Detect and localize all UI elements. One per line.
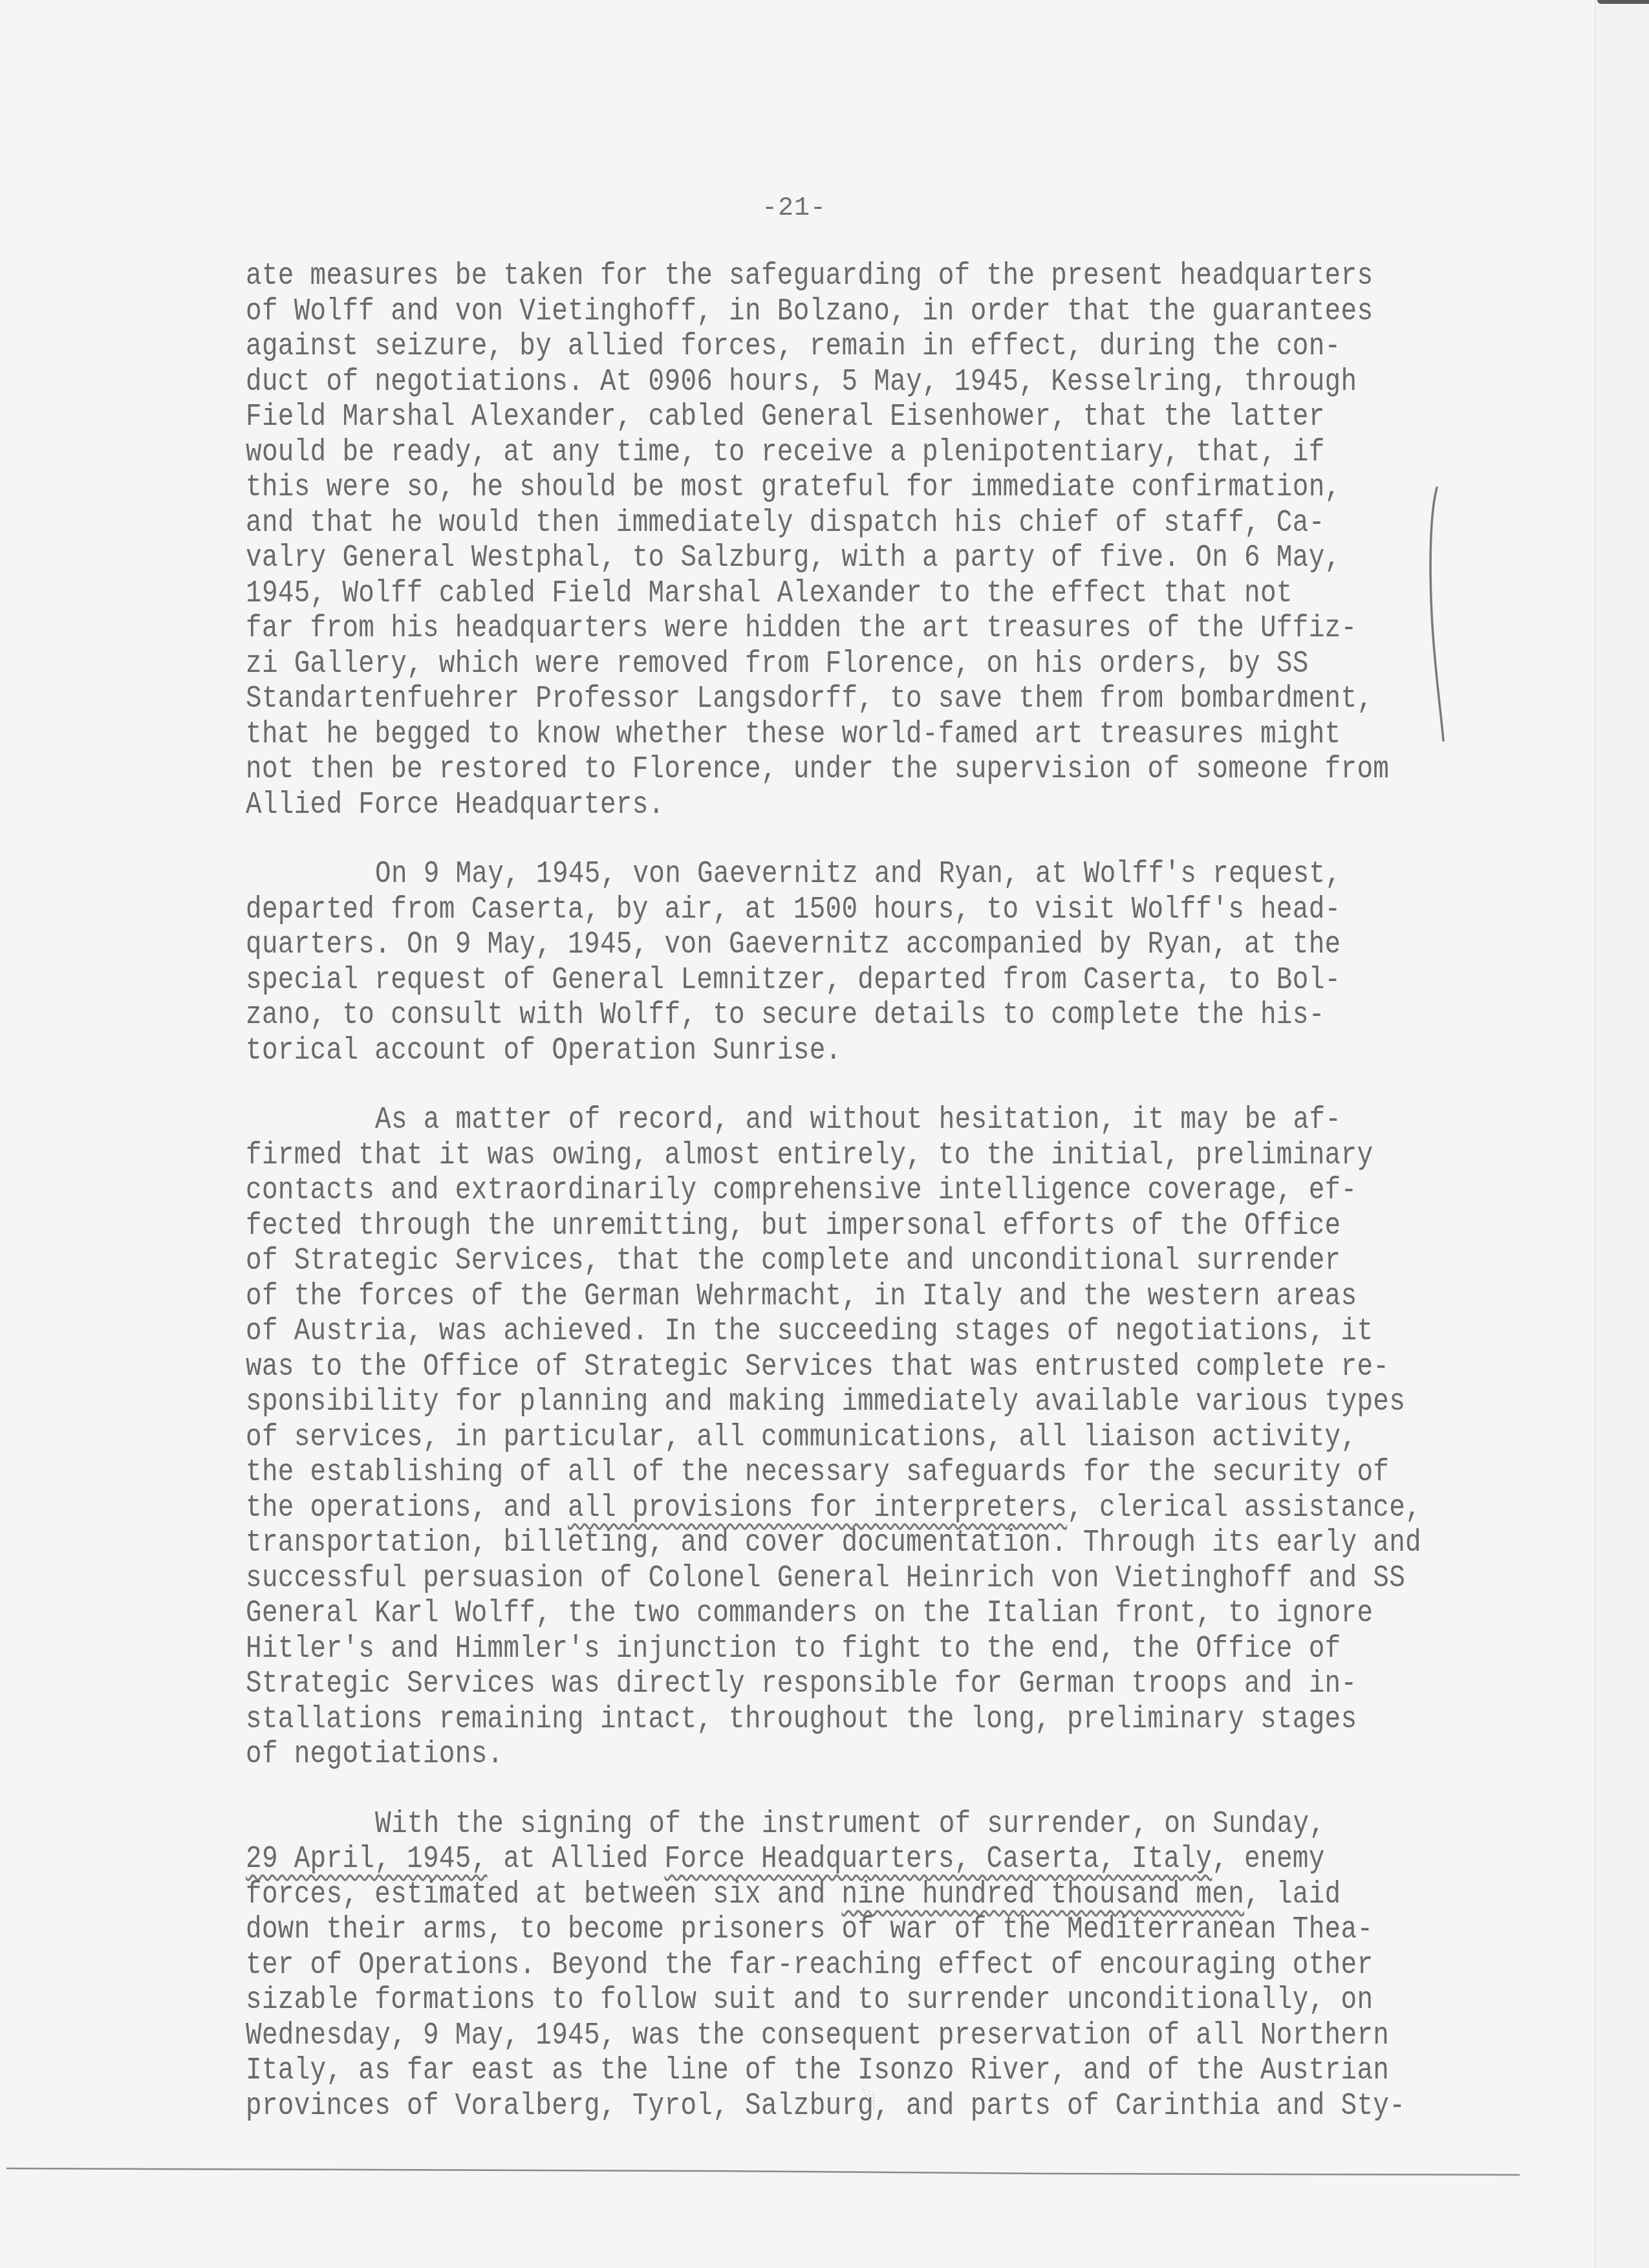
text-segment: , clerical assistance,: [1067, 1490, 1421, 1525]
text-segment: , enemy: [1212, 1842, 1324, 1877]
text-line: of negotiations.: [246, 1734, 1436, 1775]
text-segment: the operations, and: [246, 1490, 568, 1525]
paragraph-3: As a matter of record, and without hesit…: [246, 1103, 1436, 1773]
text-line: provinces of Voralberg, Tyrol, Salzburg,…: [246, 2086, 1436, 2127]
bottom-rule-line: [6, 2166, 1520, 2177]
margin-line-mark: [1423, 485, 1461, 744]
text-line: torical account of Operation Sunrise.: [246, 1030, 1436, 1072]
underlined-phrase: Force Headquarters, Caserta, Italy: [665, 1842, 1212, 1877]
underlined-phrase: 29 April, 1945,: [246, 1842, 488, 1877]
underlined-phrase: all provisions for interpreters: [568, 1490, 1067, 1525]
paragraph-4: With the signing of the instrument of su…: [246, 1807, 1436, 2124]
document-page: -21- ate measures be taken for the safeg…: [0, 0, 1649, 2268]
text-segment: , laid: [1244, 1877, 1341, 1912]
paragraph-2: On 9 May, 1945, von Gaevernitz and Ryan,…: [246, 857, 1436, 1068]
text-segment: forces, estimated at between six and: [246, 1877, 841, 1912]
paragraph-1: ate measures be taken for the safeguardi…: [246, 259, 1436, 823]
scan-corner-shadow: [1597, 0, 1649, 4]
scan-edge: [1595, 0, 1649, 2268]
document-body: ate measures be taken for the safeguardi…: [246, 259, 1436, 2158]
ink-smudge: [860, 2086, 879, 2111]
page-number: -21-: [762, 194, 826, 223]
text-segment: at Allied: [488, 1842, 665, 1877]
text-line: Allied Force Headquarters.: [246, 784, 1436, 826]
underlined-phrase: nine hundred thousand men: [841, 1877, 1244, 1912]
